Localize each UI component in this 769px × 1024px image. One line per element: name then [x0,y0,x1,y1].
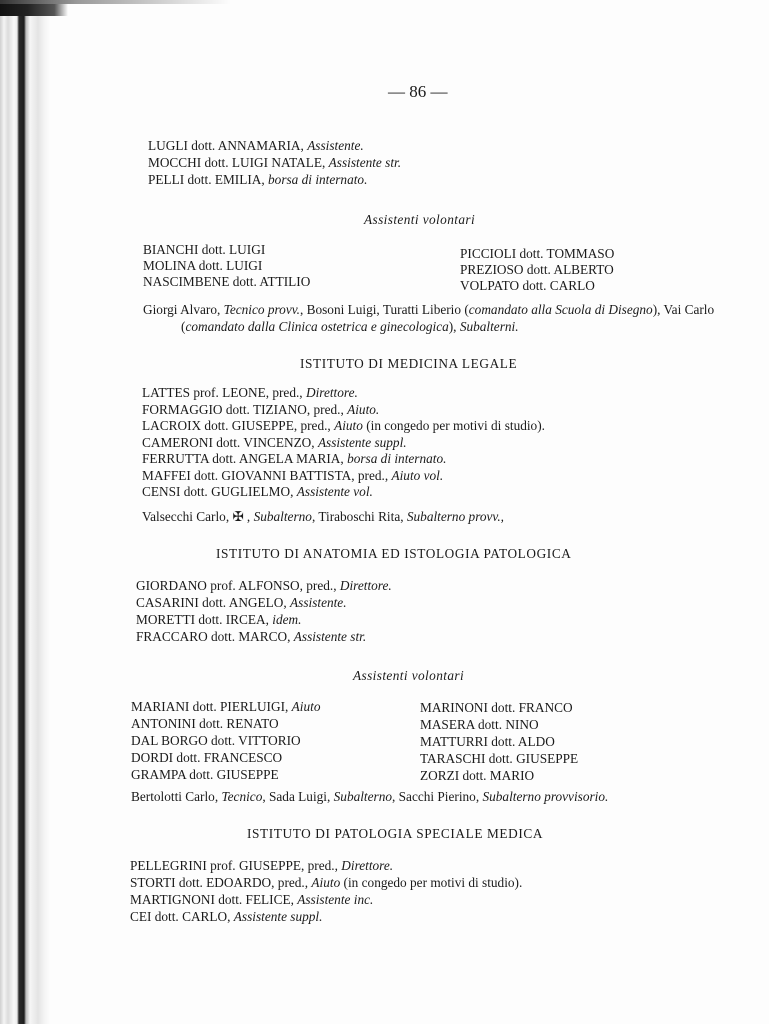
list-item: NASCIMBENE dott. ATTILIO [143,274,310,290]
person-note: (in congedo per motivi di studio). [340,875,522,890]
book-binding-edge [0,0,50,1024]
list-item: MASERA dott. NINO [420,717,539,733]
person-name: FERRUTTA dott. ANGELA MARIA, [142,451,347,466]
list-item: PELLEGRINI prof. GIUSEPPE, pred., Dirett… [130,858,393,874]
person-name: LACROIX dott. GIUSEPPE, pred., [142,418,334,433]
person-role: Aiuto [311,875,340,890]
list-item: VOLPATO dott. CARLO [460,278,595,294]
note-fragment: Subalterno provv., [407,509,504,524]
person-name: CASARINI dott. ANGELO, [136,595,290,610]
page-number: — 86 — [388,82,448,102]
list-item: MARIANI dott. PIERLUIGI, Aiuto [131,699,320,715]
list-item: PREZIOSO dott. ALBERTO [460,262,614,278]
person-name: ZORZI dott. MARIO [420,768,534,783]
person-name: CEI dott. CARLO, [130,909,234,924]
list-item: FERRUTTA dott. ANGELA MARIA, borsa di in… [142,451,446,467]
list-item: DAL BORGO dott. VITTORIO [131,733,301,749]
person-role: Assistente. [290,595,347,610]
person-name: LUGLI dott. ANNAMARIA, [148,138,307,153]
person-name: MORETTI dott. IRCEA, [136,612,272,627]
person-role: Assistente str. [294,629,366,644]
list-item: FORMAGGIO dott. TIZIANO, pred., Aiuto. [142,402,379,418]
person-name: TARASCHI dott. GIUSEPPE [420,751,578,766]
person-role: borsa di internato. [347,451,446,466]
note-fragment: Subalterno [254,509,312,524]
staff-note-medicina-legale: Valsecchi Carlo, ✠ , Subalterno, Tirabos… [142,508,698,525]
person-name: MAFFEI dott. GIOVANNI BATTISTA, pred., [142,468,391,483]
person-name: PREZIOSO dott. ALBERTO [460,262,614,277]
staff-note-anatomia: Bertolotti Carlo, Tecnico, Sada Luigi, S… [131,788,691,805]
list-item: MOCCHI dott. LUIGI NATALE, Assistente st… [148,155,401,171]
note-fragment: , Sacchi Pierino, [392,789,482,804]
note-fragment: Subalterno provvisorio. [482,789,608,804]
person-name: GIORDANO prof. ALFONSO, pred., [136,578,340,593]
list-item: FRACCARO dott. MARCO, Assistente str. [136,629,366,645]
person-role: Assistente str. [329,155,401,170]
list-item: CENSI dott. GUGLIELMO, Assistente vol. [142,484,373,500]
person-name: MATTURRI dott. ALDO [420,734,555,749]
person-role: Aiuto. [347,402,379,417]
person-note: (in congedo per motivi di studio). [363,418,545,433]
person-name: NASCIMBENE dott. ATTILIO [143,274,310,289]
section-title-anatomia: ISTITUTO DI ANATOMIA ED ISTOLOGIA PATOLO… [216,546,572,562]
volunteers-heading-2: Assistenti volontari [353,668,464,684]
person-name: DORDI dott. FRANCESCO [131,750,282,765]
person-name: FORMAGGIO dott. TIZIANO, pred., [142,402,347,417]
person-name: GRAMPA dott. GIUSEPPE [131,767,279,782]
person-name: STORTI dott. EDOARDO, pred., [130,875,311,890]
list-item: CASARINI dott. ANGELO, Assistente. [136,595,347,611]
person-name: CAMERONI dott. VINCENZO, [142,435,318,450]
note-fragment: , Tiraboschi Rita, [312,509,407,524]
note-fragment: Tecnico [221,789,262,804]
list-item: BIANCHI dott. LUIGI [143,242,265,258]
person-name: MOCCHI dott. LUIGI NATALE, [148,155,329,170]
person-role: Assistente vol. [297,484,373,499]
person-role: Direttore. [306,385,358,400]
person-role: idem. [272,612,301,627]
person-role: Assistente inc. [297,892,373,907]
note-fragment: , Sada Luigi, [262,789,333,804]
list-item: CAMERONI dott. VINCENZO, Assistente supp… [142,435,407,451]
person-name: BIANCHI dott. LUIGI [143,242,265,257]
note-fragment: Giorgi Alvaro, [143,302,224,317]
note-fragment: Subalterni. [460,319,519,334]
list-item: TARASCHI dott. GIUSEPPE [420,751,578,767]
person-name: MARINONI dott. FRANCO [420,700,573,715]
list-item: MOLINA dott. LUIGI [143,258,262,274]
person-name: PELLI dott. EMILIA, [148,172,268,187]
person-name: FRACCARO dott. MARCO, [136,629,294,644]
list-item: LUGLI dott. ANNAMARIA, Assistente. [148,138,364,154]
list-item: MAFFEI dott. GIOVANNI BATTISTA, pred., A… [142,468,443,484]
list-item: ANTONINI dott. RENATO [131,716,279,732]
person-name: PELLEGRINI prof. GIUSEPPE, pred., [130,858,341,873]
person-name: CENSI dott. GUGLIELMO, [142,484,297,499]
note-fragment: Bertolotti Carlo, [131,789,221,804]
person-role: Aiuto [292,699,321,714]
list-item: ZORZI dott. MARIO [420,768,534,784]
note-fragment: Subalterno [334,789,392,804]
list-item: MATTURRI dott. ALDO [420,734,555,750]
person-role: Direttore. [340,578,392,593]
person-name: PICCIOLI dott. TOMMASO [460,246,614,261]
person-name: MARIANI dott. PIERLUIGI, [131,699,292,714]
list-item: MORETTI dott. IRCEA, idem. [136,612,301,628]
person-role: Assistente suppl. [234,909,323,924]
list-item: GIORDANO prof. ALFONSO, pred., Direttore… [136,578,392,594]
staff-note-1: Giorgi Alvaro, Tecnico provv., Bosoni Lu… [143,301,737,335]
section-title-medicina-legale: ISTITUTO DI MEDICINA LEGALE [300,356,517,372]
list-item: STORTI dott. EDOARDO, pred., Aiuto (in c… [130,875,522,891]
section-title-patologia: ISTITUTO DI PATOLOGIA SPECIALE MEDICA [247,826,543,842]
note-fragment: , Bosoni Luigi, Turatti Liberio ( [300,302,469,317]
person-role: borsa di internato. [268,172,367,187]
list-item: MARINONI dott. FRANCO [420,700,573,716]
list-item: LACROIX dott. GIUSEPPE, pred., Aiuto (in… [142,418,545,434]
person-role: Assistente suppl. [318,435,407,450]
person-name: ANTONINI dott. RENATO [131,716,279,731]
volunteers-heading-1: Assistenti volontari [364,212,475,228]
person-role: Assistente. [307,138,364,153]
person-name: MARTIGNONI dott. FELICE, [130,892,297,907]
note-fragment: Tecnico provv. [224,302,300,317]
note-fragment: Valsecchi Carlo, ✠ , [142,509,254,524]
person-role: Aiuto [334,418,363,433]
person-name: DAL BORGO dott. VITTORIO [131,733,301,748]
list-item: LATTES prof. LEONE, pred., Direttore. [142,385,358,401]
person-name: LATTES prof. LEONE, pred., [142,385,306,400]
scan-top-shadow [0,0,769,4]
list-item: GRAMPA dott. GIUSEPPE [131,767,279,783]
note-fragment: comandato dalla Clinica ostetrica e gine… [185,319,448,334]
person-role: Aiuto vol. [391,468,443,483]
list-item: PELLI dott. EMILIA, borsa di internato. [148,172,367,188]
list-item: MARTIGNONI dott. FELICE, Assistente inc. [130,892,373,908]
person-name: MOLINA dott. LUIGI [143,258,262,273]
person-role: Direttore. [341,858,393,873]
note-fragment: comandato alla Scuola di Disegno [469,302,653,317]
person-name: MASERA dott. NINO [420,717,539,732]
list-item: DORDI dott. FRANCESCO [131,750,282,766]
list-item: CEI dott. CARLO, Assistente suppl. [130,909,322,925]
note-fragment: ), [449,319,460,334]
list-item: PICCIOLI dott. TOMMASO [460,246,614,262]
person-name: VOLPATO dott. CARLO [460,278,595,293]
